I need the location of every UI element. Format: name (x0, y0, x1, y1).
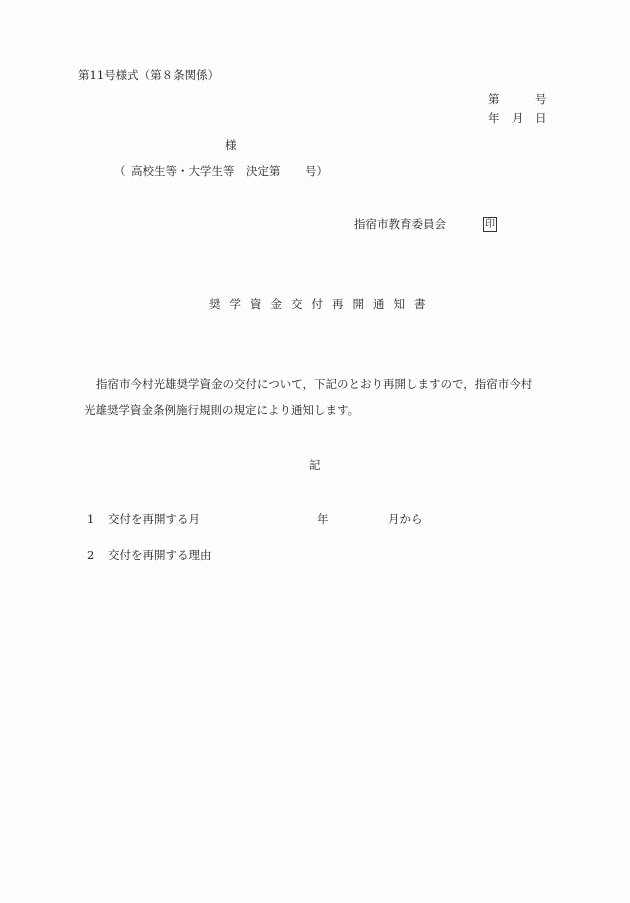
number-dai: 第 (488, 92, 500, 106)
ki-heading: 記 (309, 458, 321, 472)
date-day: 日 (535, 111, 547, 125)
body-line-2: 光雄奨学資金条例施行規則の規定により通知します。 (84, 403, 359, 417)
item-label: 交付を再開する理由 (108, 548, 212, 562)
document-title: 奨学資金交付再開通知書 (209, 297, 435, 311)
seal-mark: 印 (483, 216, 497, 232)
item-month-from: 月から (388, 512, 423, 526)
category-open: （ (114, 164, 126, 178)
item-label: 交付を再開する月 (108, 512, 200, 526)
addressee-suffix: 様 (225, 138, 237, 152)
date-year: 年 (488, 111, 500, 125)
item-year: 年 (317, 512, 329, 526)
category-close: 号） (305, 164, 328, 178)
form-label: 第11号様式（第８条関係） (78, 68, 219, 82)
item-number: 2 (87, 548, 94, 562)
issuer-name: 指宿市教育委員会 (354, 217, 446, 231)
body-line-1: 指宿市今村光雄奨学資金の交付について，下記のとおり再開しますので，指宿市今村 (96, 377, 532, 391)
number-go: 号 (535, 92, 547, 106)
date-month: 月 (512, 111, 524, 125)
item-number: 1 (87, 512, 94, 526)
seal-icon: 印 (483, 217, 497, 232)
category-text: 高校生等・大学生等 決定第 (131, 164, 281, 178)
